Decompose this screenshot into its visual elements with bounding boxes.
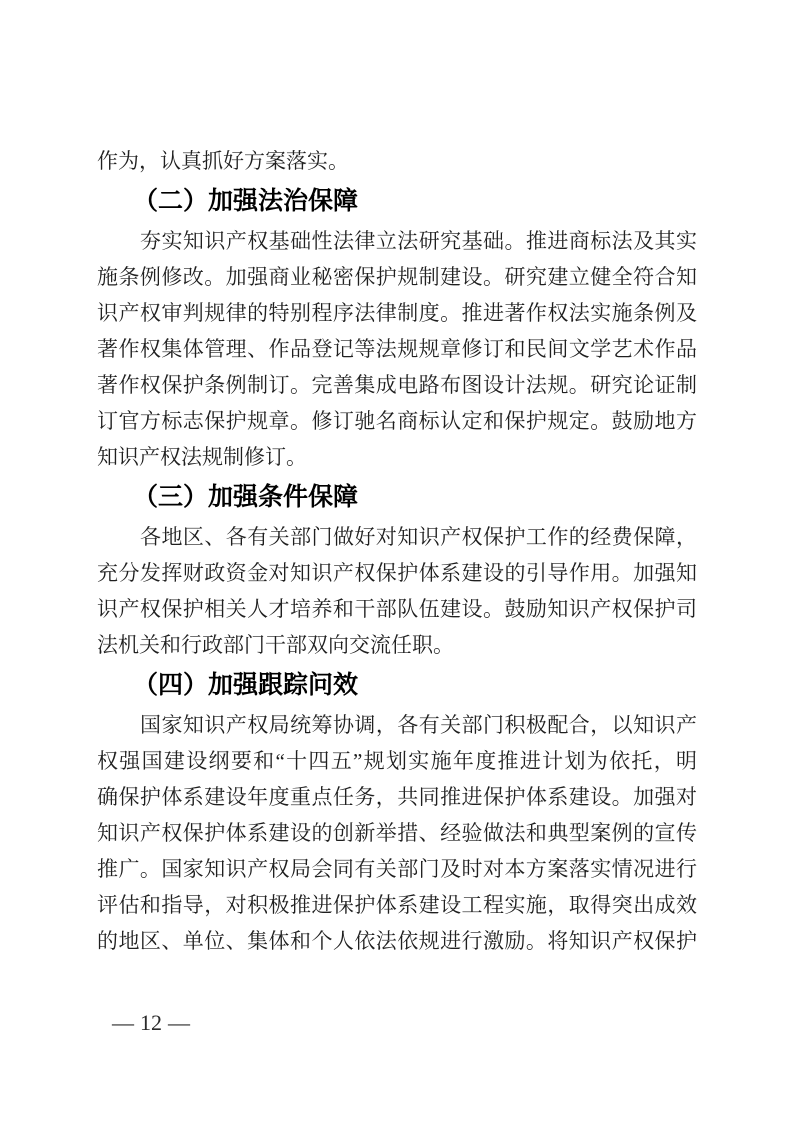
section-heading: （三）加强条件保障 xyxy=(97,479,697,515)
text-line: 充分发挥财政资金对知识产权保护体系建设的引导作用。加强知 xyxy=(97,555,697,591)
text-line: 著作权保护条例制订。完善集成电路布图设计法规。研究论证制 xyxy=(97,367,697,403)
text-line: 推广。国家知识产权局会同有关部门及时对本方案落实情况进行 xyxy=(97,851,697,887)
text-line: 国家知识产权局统筹协调，各有关部门积极配合，以知识产 xyxy=(97,707,697,743)
text-line: 夯实知识产权基础性法律立法研究基础。推进商标法及其实 xyxy=(97,223,697,259)
section-heading: （四）加强跟踪问效 xyxy=(97,667,697,703)
text-line: 施条例修改。加强商业秘密保护规制建设。研究建立健全符合知 xyxy=(97,259,697,295)
text-line: 确保护体系建设年度重点任务，共同推进保护体系建设。加强对 xyxy=(97,779,697,815)
footer-dash-right: — xyxy=(168,1010,190,1035)
text-line: 知识产权保护体系建设的创新举措、经验做法和典型案例的宣传 xyxy=(97,815,697,851)
text-line: 的地区、单位、集体和个人依法依规进行激励。将知识产权保护 xyxy=(97,923,697,959)
text-line: 法机关和行政部门干部双向交流任职。 xyxy=(97,627,697,663)
text-line: 各地区、各有关部门做好对知识产权保护工作的经费保障， xyxy=(97,519,697,555)
section-heading: （二）加强法治保障 xyxy=(97,183,697,219)
text-line: 知识产权法规制修订。 xyxy=(97,439,697,475)
text-line: 评估和指导，对积极推进保护体系建设工程实施，取得突出成效 xyxy=(97,887,697,923)
text-line: 著作权集体管理、作品登记等法规规章修订和民间文学艺术作品 xyxy=(97,331,697,367)
footer-dash-left: — xyxy=(112,1010,134,1035)
text-line: 作为，认真抓好方案落实。 xyxy=(97,143,697,179)
page-footer: —12— xyxy=(112,1009,190,1037)
footer-page-number: 12 xyxy=(140,1010,162,1035)
text-line: 订官方标志保护规章。修订驰名商标认定和保护规定。鼓励地方 xyxy=(97,403,697,439)
document-body: 作为，认真抓好方案落实。（二）加强法治保障夯实知识产权基础性法律立法研究基础。推… xyxy=(97,143,697,959)
document-page: 作为，认真抓好方案落实。（二）加强法治保障夯实知识产权基础性法律立法研究基础。推… xyxy=(0,0,794,1123)
text-line: 识产权审判规律的特别程序法律制度。推进著作权法实施条例及 xyxy=(97,295,697,331)
text-line: 识产权保护相关人才培养和干部队伍建设。鼓励知识产权保护司 xyxy=(97,591,697,627)
text-line: 权强国建设纲要和“十四五”规划实施年度推进计划为依托，明 xyxy=(97,743,697,779)
